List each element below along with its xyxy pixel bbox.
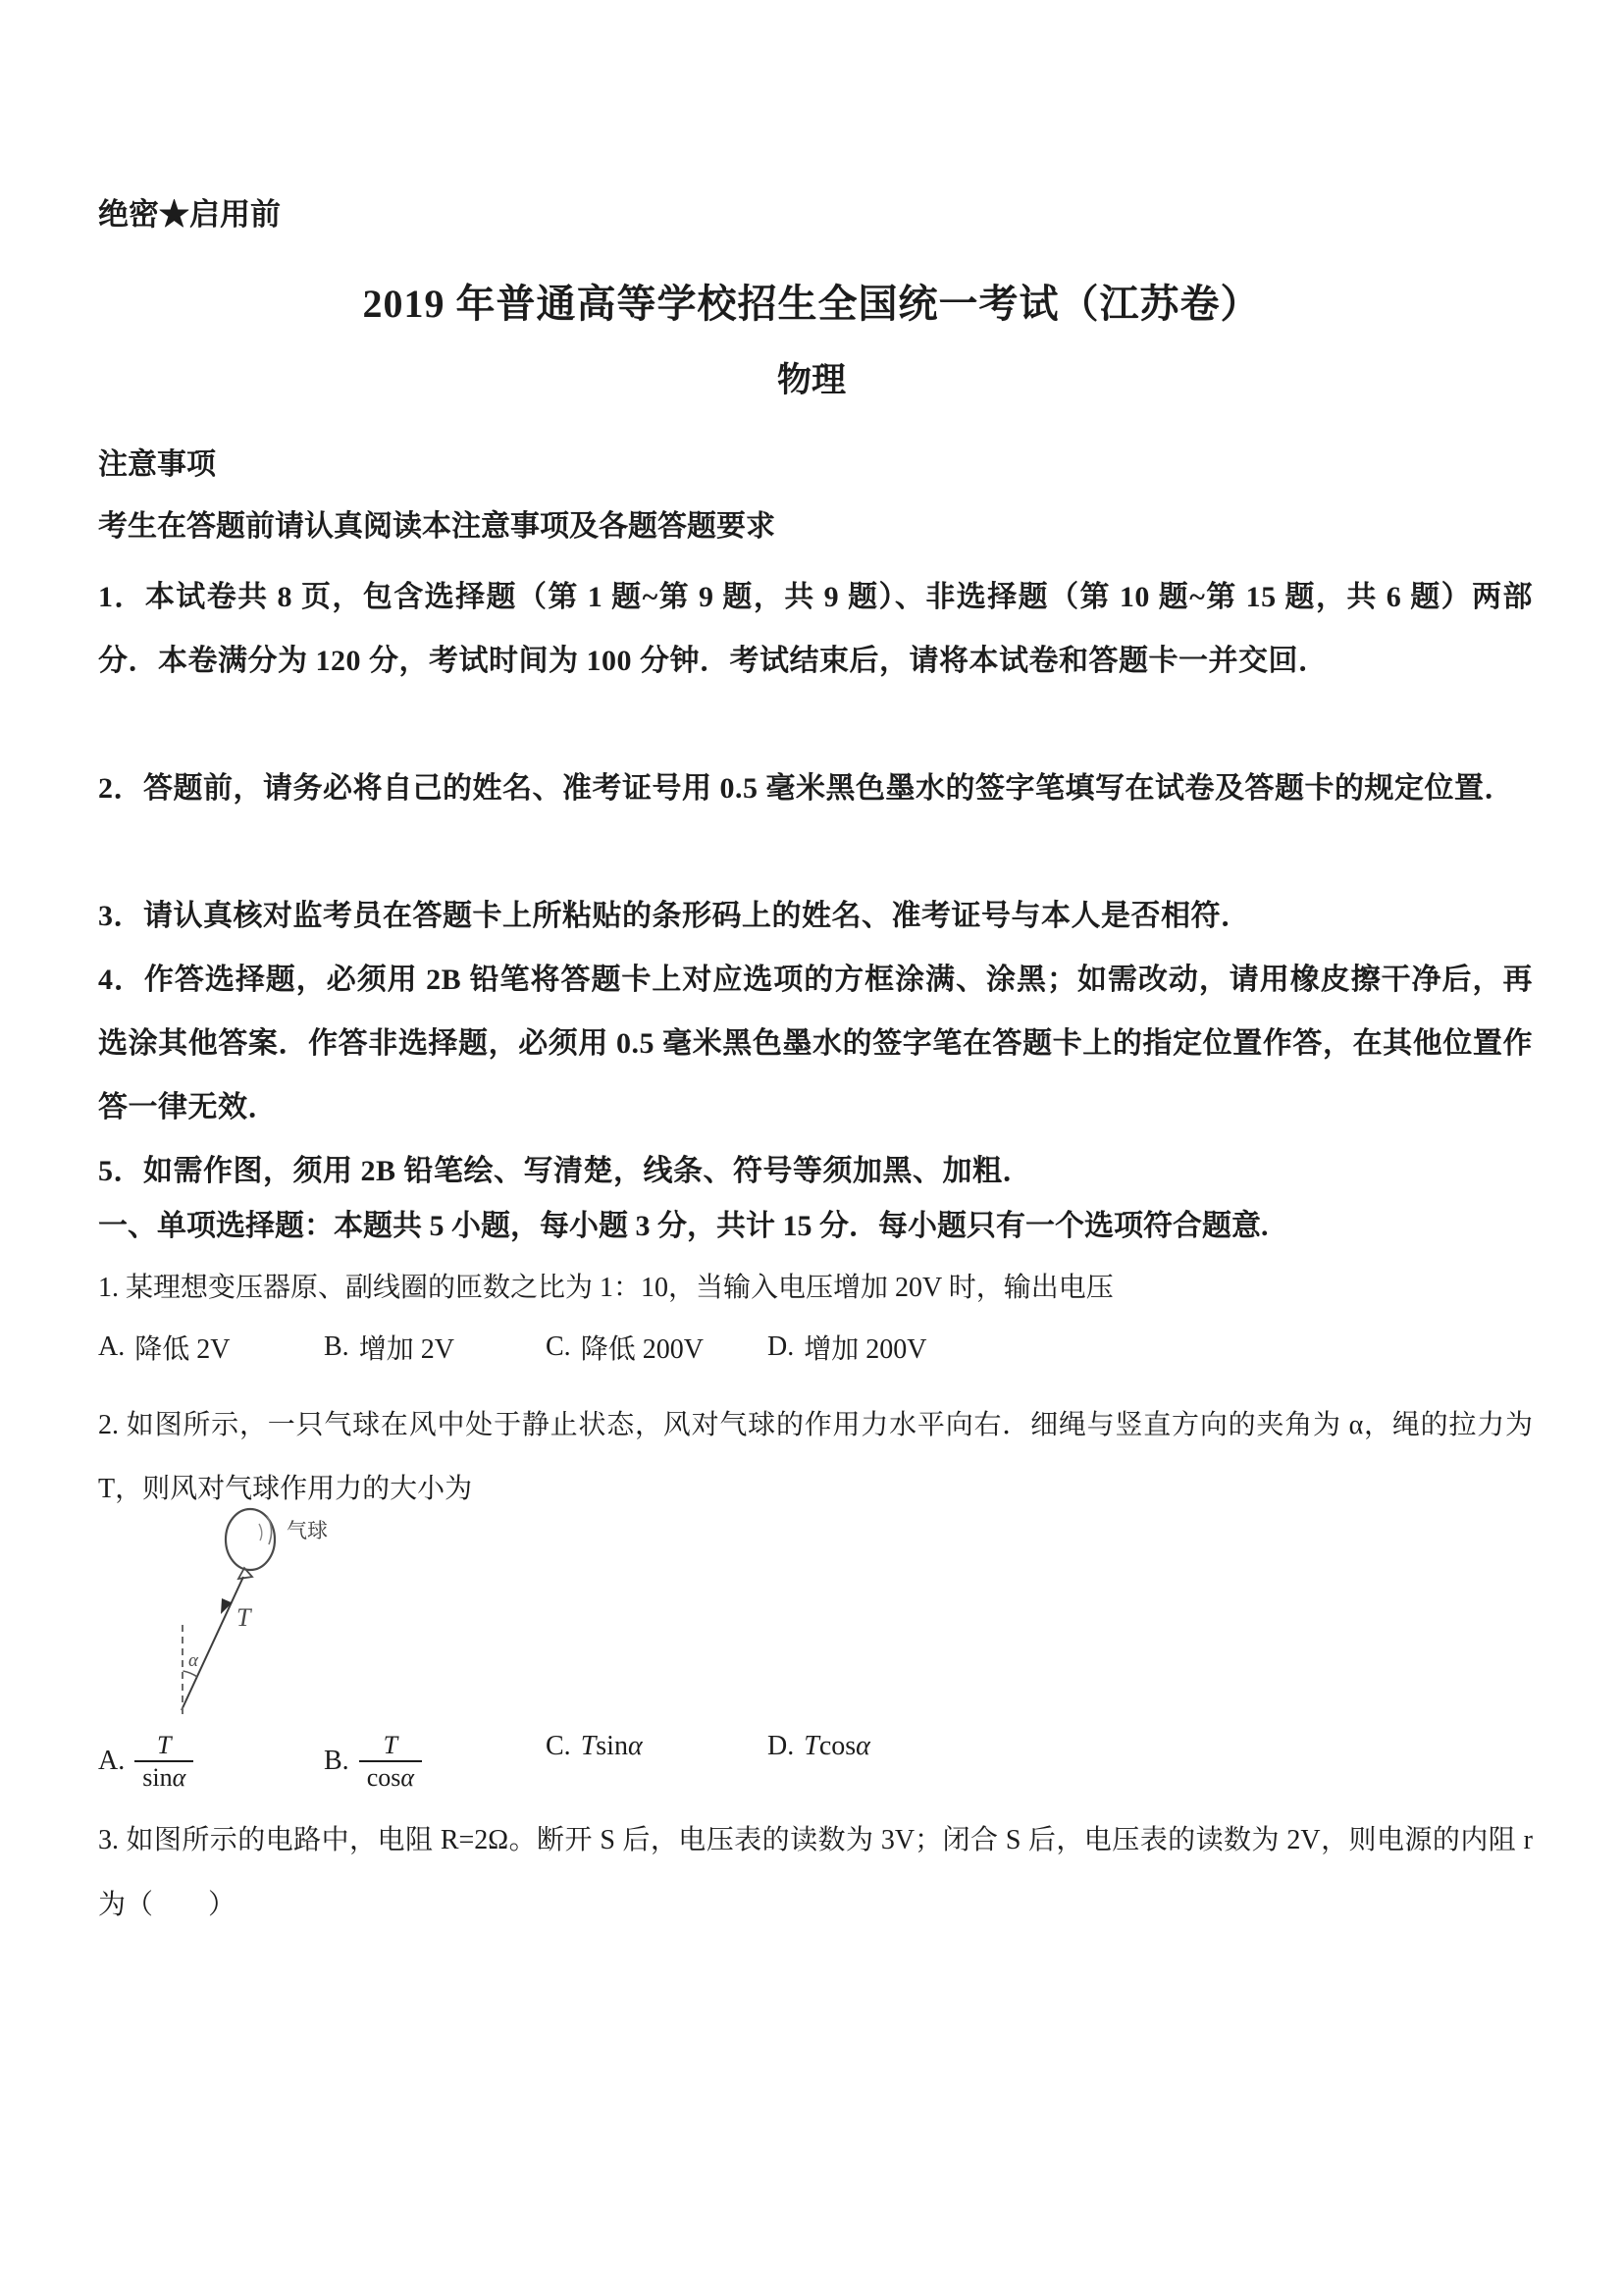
string-line (182, 1577, 243, 1710)
q2-option-b: B. T cosα (324, 1731, 422, 1793)
q2-option-d: D. Tcosα (767, 1731, 870, 1762)
angle-arc (183, 1671, 198, 1677)
q2-option-c: C. Tsinα (546, 1731, 643, 1762)
notice-item-4: 4．作答选择题，必须用 2B 铅笔将答题卡上对应选项的方框涂满、涂黑；如需改动，… (98, 948, 1533, 1139)
question-2-options: A. T sinα B. T cosα C. Tsinα D. Tcosα (98, 1731, 1533, 1800)
balloon-highlight-outer (267, 1516, 272, 1544)
question-1-options: A.降低 2V B.增加 2V C.降低 200V D.增加 200V (98, 1328, 1533, 1396)
classification-banner: 绝密★启用前 (98, 189, 281, 234)
q2-option-a: A. T sinα (98, 1731, 193, 1793)
fraction: T cosα (359, 1731, 422, 1793)
tension-label: T (236, 1603, 252, 1632)
angle-label: α (188, 1650, 199, 1671)
balloon-diagram: 气球 T α (98, 1494, 412, 1745)
notice-item-2: 2．答题前，请务必将自己的姓名、准考证号用 0.5 毫米黑色墨水的签字笔填写在试… (98, 757, 1533, 820)
notice-intro: 考生在答题前请认真阅读本注意事项及各题答题要求 (98, 501, 775, 545)
fraction: T sinα (134, 1731, 193, 1793)
q1-option-b: B.增加 2V (324, 1328, 454, 1367)
subject-title: 物理 (0, 353, 1623, 402)
notice-item-5: 5．如需作图，须用 2B 铅笔绘、写清楚，线条、符号等须加黑、加粗． (98, 1139, 1533, 1203)
notice-item-3: 3．请认真核对监考员在答题卡上所粘贴的条形码上的姓名、准考证号与本人是否相符． (98, 884, 1533, 948)
section-heading: 一、单项选择题：本题共 5 小题，每小题 3 分，共计 15 分．每小题只有一个… (98, 1201, 1269, 1244)
balloon-highlight-inner (259, 1524, 262, 1540)
q1-option-a: A.降低 2V (98, 1328, 230, 1367)
notice-item-1: 1．本试卷共 8 页，包含选择题（第 1 题~第 9 题，共 9 题）、非选择题… (98, 565, 1533, 693)
notice-heading: 注意事项 (98, 440, 216, 483)
question-1-text: 1. 某理想变压器原、副线圈的匝数之比为 1：10，当输入电压增加 20V 时，… (98, 1266, 1114, 1305)
question-3-text: 3. 如图所示的电路中，电阻 R=2Ω。断开 S 后，电压表的读数为 3V；闭合… (98, 1808, 1533, 1938)
question-2-figure: 气球 T α (98, 1494, 412, 1745)
q1-option-d: D.增加 200V (767, 1328, 926, 1367)
balloon-label: 气球 (287, 1519, 328, 1542)
q1-option-c: C.降低 200V (546, 1328, 704, 1367)
exam-title: 2019 年普通高等学校招生全国统一考试（江苏卷） (0, 273, 1623, 329)
